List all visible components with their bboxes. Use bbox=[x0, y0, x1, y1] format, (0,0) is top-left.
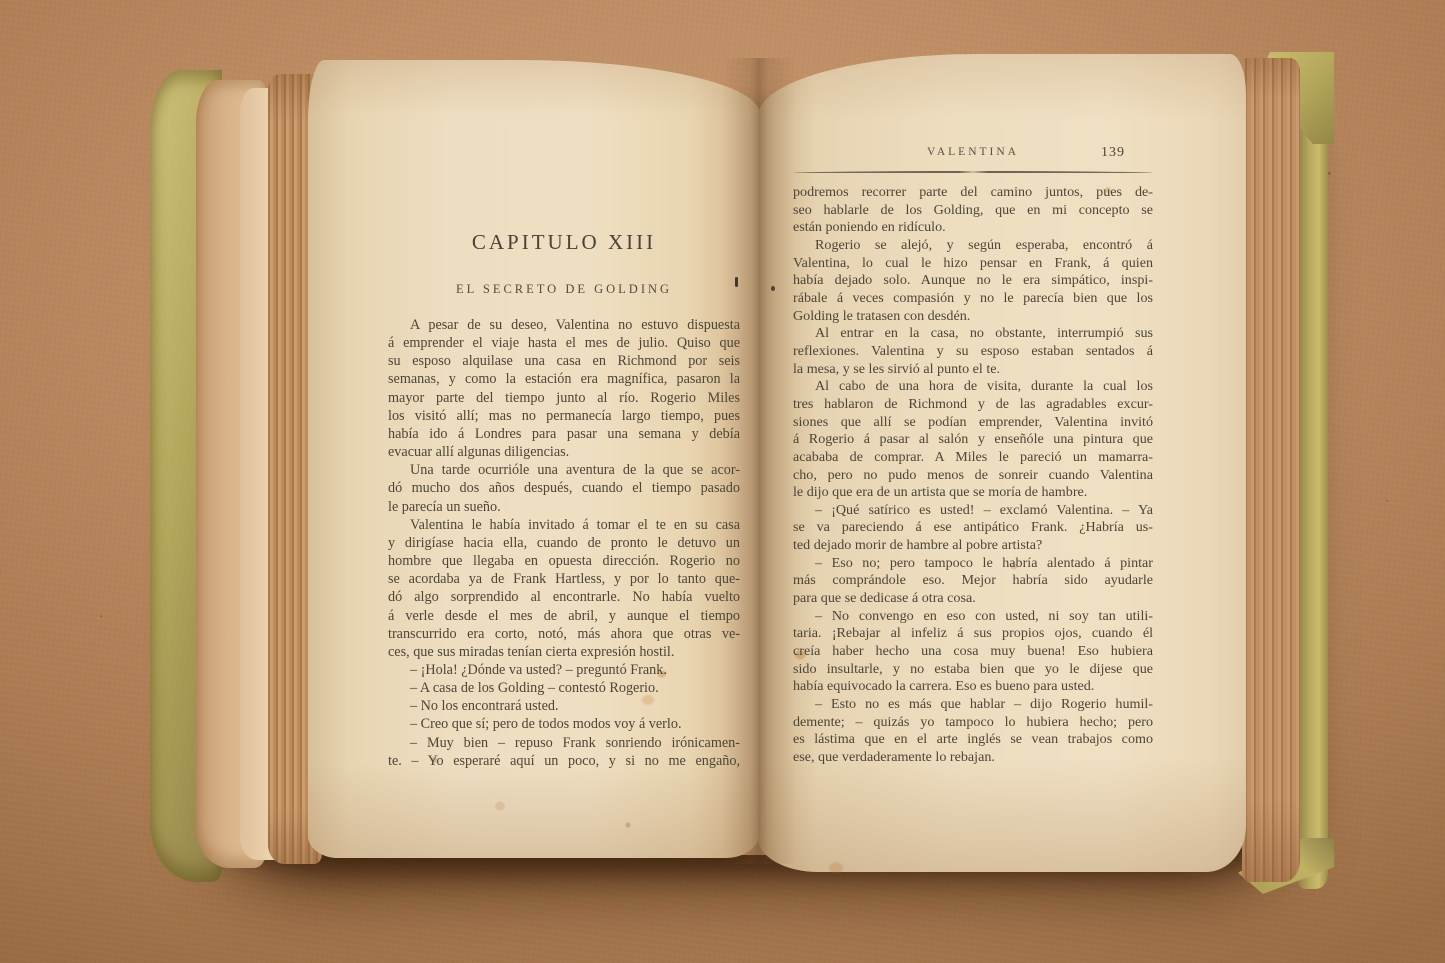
text-line: transcurrido era corto, notó, más ahora … bbox=[388, 625, 740, 643]
text-line: ese, que verdaderamente lo rebajan. bbox=[793, 749, 1153, 767]
text-line: evacuar allí algunas diligencias. bbox=[388, 443, 740, 461]
text-line: á verle desde el mes de abril, y aunque … bbox=[388, 607, 740, 625]
paragraph: Valentina le había invitado á tomar el t… bbox=[388, 516, 740, 661]
chapter-subtitle: EL SECRETO DE GOLDING bbox=[388, 282, 740, 297]
text-line: acababa de comprar. A Miles le pareció u… bbox=[793, 449, 1153, 467]
text-line: se va pareciendo á ese antipático Frank.… bbox=[793, 519, 1153, 537]
text-line: Valentina, lo cual le hizo pensar en Fra… bbox=[793, 255, 1153, 273]
text-line: dó mucho dos años después, cuando el tie… bbox=[388, 479, 740, 497]
paragraph: – ¡Hola! ¿Dónde va usted? – preguntó Fra… bbox=[388, 661, 740, 679]
right-page-text: VALENTINA 139 podremos recorrer parte de… bbox=[793, 146, 1153, 767]
ink-mark-right-page bbox=[771, 286, 775, 291]
paragraph: – Creo que sí; pero de todos modos voy á… bbox=[388, 715, 740, 733]
text-line: rábale á veces compasión y no le parecía… bbox=[793, 290, 1153, 308]
page-header: VALENTINA 139 bbox=[793, 146, 1153, 162]
text-line: Golding le tratasen con desdén. bbox=[793, 308, 1153, 326]
text-line: Al cabo de una hora de visita, durante l… bbox=[793, 378, 1153, 396]
running-header: VALENTINA bbox=[793, 146, 1153, 158]
text-line: había ido á Londres para pasar una seman… bbox=[388, 425, 740, 443]
text-line: á emprender el viaje hasta el mes de jul… bbox=[388, 334, 740, 352]
text-line: Al entrar en la casa, no obstante, inter… bbox=[793, 325, 1153, 343]
text-line: tres hablaron de Richmond y de las agrad… bbox=[793, 396, 1153, 414]
text-line: – No los encontrará usted. bbox=[388, 697, 740, 715]
text-line: mayor parte del tiempo junto al río. Rog… bbox=[388, 389, 740, 407]
text-line: siones que allí se podían emprender, Val… bbox=[793, 414, 1153, 432]
paragraph: podremos recorrer parte del camino junto… bbox=[793, 184, 1153, 237]
text-line: se acordaba ya de Frank Hartless, y por … bbox=[388, 570, 740, 588]
paragraph: – ¡Qué satírico es usted! – exclamó Vale… bbox=[793, 502, 1153, 555]
text-line: seo hablarle de los Golding, que en mi c… bbox=[793, 202, 1153, 220]
text-line: – No convengo en eso con usted, ni soy t… bbox=[793, 608, 1153, 626]
text-line: – Eso no; pero tampoco le habría alentad… bbox=[793, 555, 1153, 573]
paragraph: – Muy bien – repuso Frank sonriendo irón… bbox=[388, 734, 740, 770]
right-page-stack-striated bbox=[1242, 58, 1300, 882]
text-line: A pesar de su deseo, Valentina no estuvo… bbox=[388, 316, 740, 334]
text-line: la mesa, y se les sirvió al punto el te. bbox=[793, 361, 1153, 379]
text-line: á Rogerio á pasar al salón y enseñóle un… bbox=[793, 431, 1153, 449]
text-line: cho, pero no pudo menos de sonreir cuand… bbox=[793, 467, 1153, 485]
paragraph: Una tarde ocurrióle una aventura de la q… bbox=[388, 461, 740, 515]
text-line: Una tarde ocurrióle una aventura de la q… bbox=[388, 461, 740, 479]
text-line: había dejado solo. Aunque no le era simp… bbox=[793, 272, 1153, 290]
text-line: hombre que llegaba en opuesta dirección.… bbox=[388, 552, 740, 570]
text-line: había equivocado la carrera. Eso es buen… bbox=[793, 678, 1153, 696]
text-line: – ¡Hola! ¿Dónde va usted? – preguntó Fra… bbox=[388, 661, 740, 679]
text-line: creía haber hecho una cosa muy buena! Es… bbox=[793, 643, 1153, 661]
text-line: te. – Yo esperaré aquí un poco, y si no … bbox=[388, 752, 740, 770]
text-line: – Muy bien – repuso Frank sonriendo irón… bbox=[388, 734, 740, 752]
paragraph: – No los encontrará usted. bbox=[388, 697, 740, 715]
text-line: podremos recorrer parte del camino junto… bbox=[793, 184, 1153, 202]
text-line: demente; – quizás yo tampoco lo hubiera … bbox=[793, 714, 1153, 732]
text-line: ces, que sus miradas tenían cierta expre… bbox=[388, 643, 740, 661]
text-line: – A casa de los Golding – contestó Roger… bbox=[388, 679, 740, 697]
text-line: más comprándole eso. Mejor habría sido a… bbox=[793, 572, 1153, 590]
text-line: le dijo que era de un artista que se mor… bbox=[793, 484, 1153, 502]
text-line: para que se dedicase á otra cosa. bbox=[793, 590, 1153, 608]
text-line: – ¡Qué satírico es usted! – exclamó Vale… bbox=[793, 502, 1153, 520]
page-number: 139 bbox=[1101, 145, 1125, 161]
header-rule bbox=[793, 171, 1153, 173]
text-line: taria. ¡Rebajar al infeliz á sus propios… bbox=[793, 625, 1153, 643]
left-page-body: A pesar de su deseo, Valentina no estuvo… bbox=[388, 316, 740, 770]
text-line: dó algo sorprendido al encontrarle. No h… bbox=[388, 588, 740, 606]
text-line: su esposo alquilase una casa en Richmond… bbox=[388, 352, 740, 370]
paragraph: A pesar de su deseo, Valentina no estuvo… bbox=[388, 316, 740, 461]
text-line: los visitó allí; mas no permanecía largo… bbox=[388, 407, 740, 425]
ink-mark-left-page bbox=[735, 277, 738, 287]
paragraph: Rogerio se alejó, y según esperaba, enco… bbox=[793, 237, 1153, 325]
open-book-photo: CAPITULO XIII EL SECRETO DE GOLDING A pe… bbox=[0, 0, 1445, 963]
text-line: y dirigíase hacia ella, cuando de pronto… bbox=[388, 534, 740, 552]
paragraph: Al entrar en la casa, no obstante, inter… bbox=[793, 325, 1153, 378]
chapter-title: CAPITULO XIII bbox=[388, 230, 740, 255]
left-page-text: CAPITULO XIII EL SECRETO DE GOLDING A pe… bbox=[388, 230, 740, 770]
paragraph: – Eso no; pero tampoco le habría alentad… bbox=[793, 555, 1153, 608]
text-line: – Esto no es más que hablar – dijo Roger… bbox=[793, 696, 1153, 714]
text-line: le parecía un sueño. bbox=[388, 498, 740, 516]
paragraph: Al cabo de una hora de visita, durante l… bbox=[793, 378, 1153, 502]
paragraph: – No convengo en eso con usted, ni soy t… bbox=[793, 608, 1153, 696]
text-line: están poniendo en ridículo. bbox=[793, 219, 1153, 237]
text-line: Valentina le había invitado á tomar el t… bbox=[388, 516, 740, 534]
text-line: es lástima que en el arte inglés se vean… bbox=[793, 731, 1153, 749]
text-line: Rogerio se alejó, y según esperaba, enco… bbox=[793, 237, 1153, 255]
text-line: ted dejado morir de hambre al pobre arti… bbox=[793, 537, 1153, 555]
text-line: semanas, y como la estación era magnífic… bbox=[388, 370, 740, 388]
right-cover-edge bbox=[1297, 57, 1328, 889]
right-page-body: podremos recorrer parte del camino junto… bbox=[793, 184, 1153, 767]
text-line: – Creo que sí; pero de todos modos voy á… bbox=[388, 715, 740, 733]
paragraph: – A casa de los Golding – contestó Roger… bbox=[388, 679, 740, 697]
text-line: reflexiones. Valentina y su esposo estab… bbox=[793, 343, 1153, 361]
text-line: sido insultarle, y no estaba bien que yo… bbox=[793, 661, 1153, 679]
paragraph: – Esto no es más que hablar – dijo Roger… bbox=[793, 696, 1153, 767]
